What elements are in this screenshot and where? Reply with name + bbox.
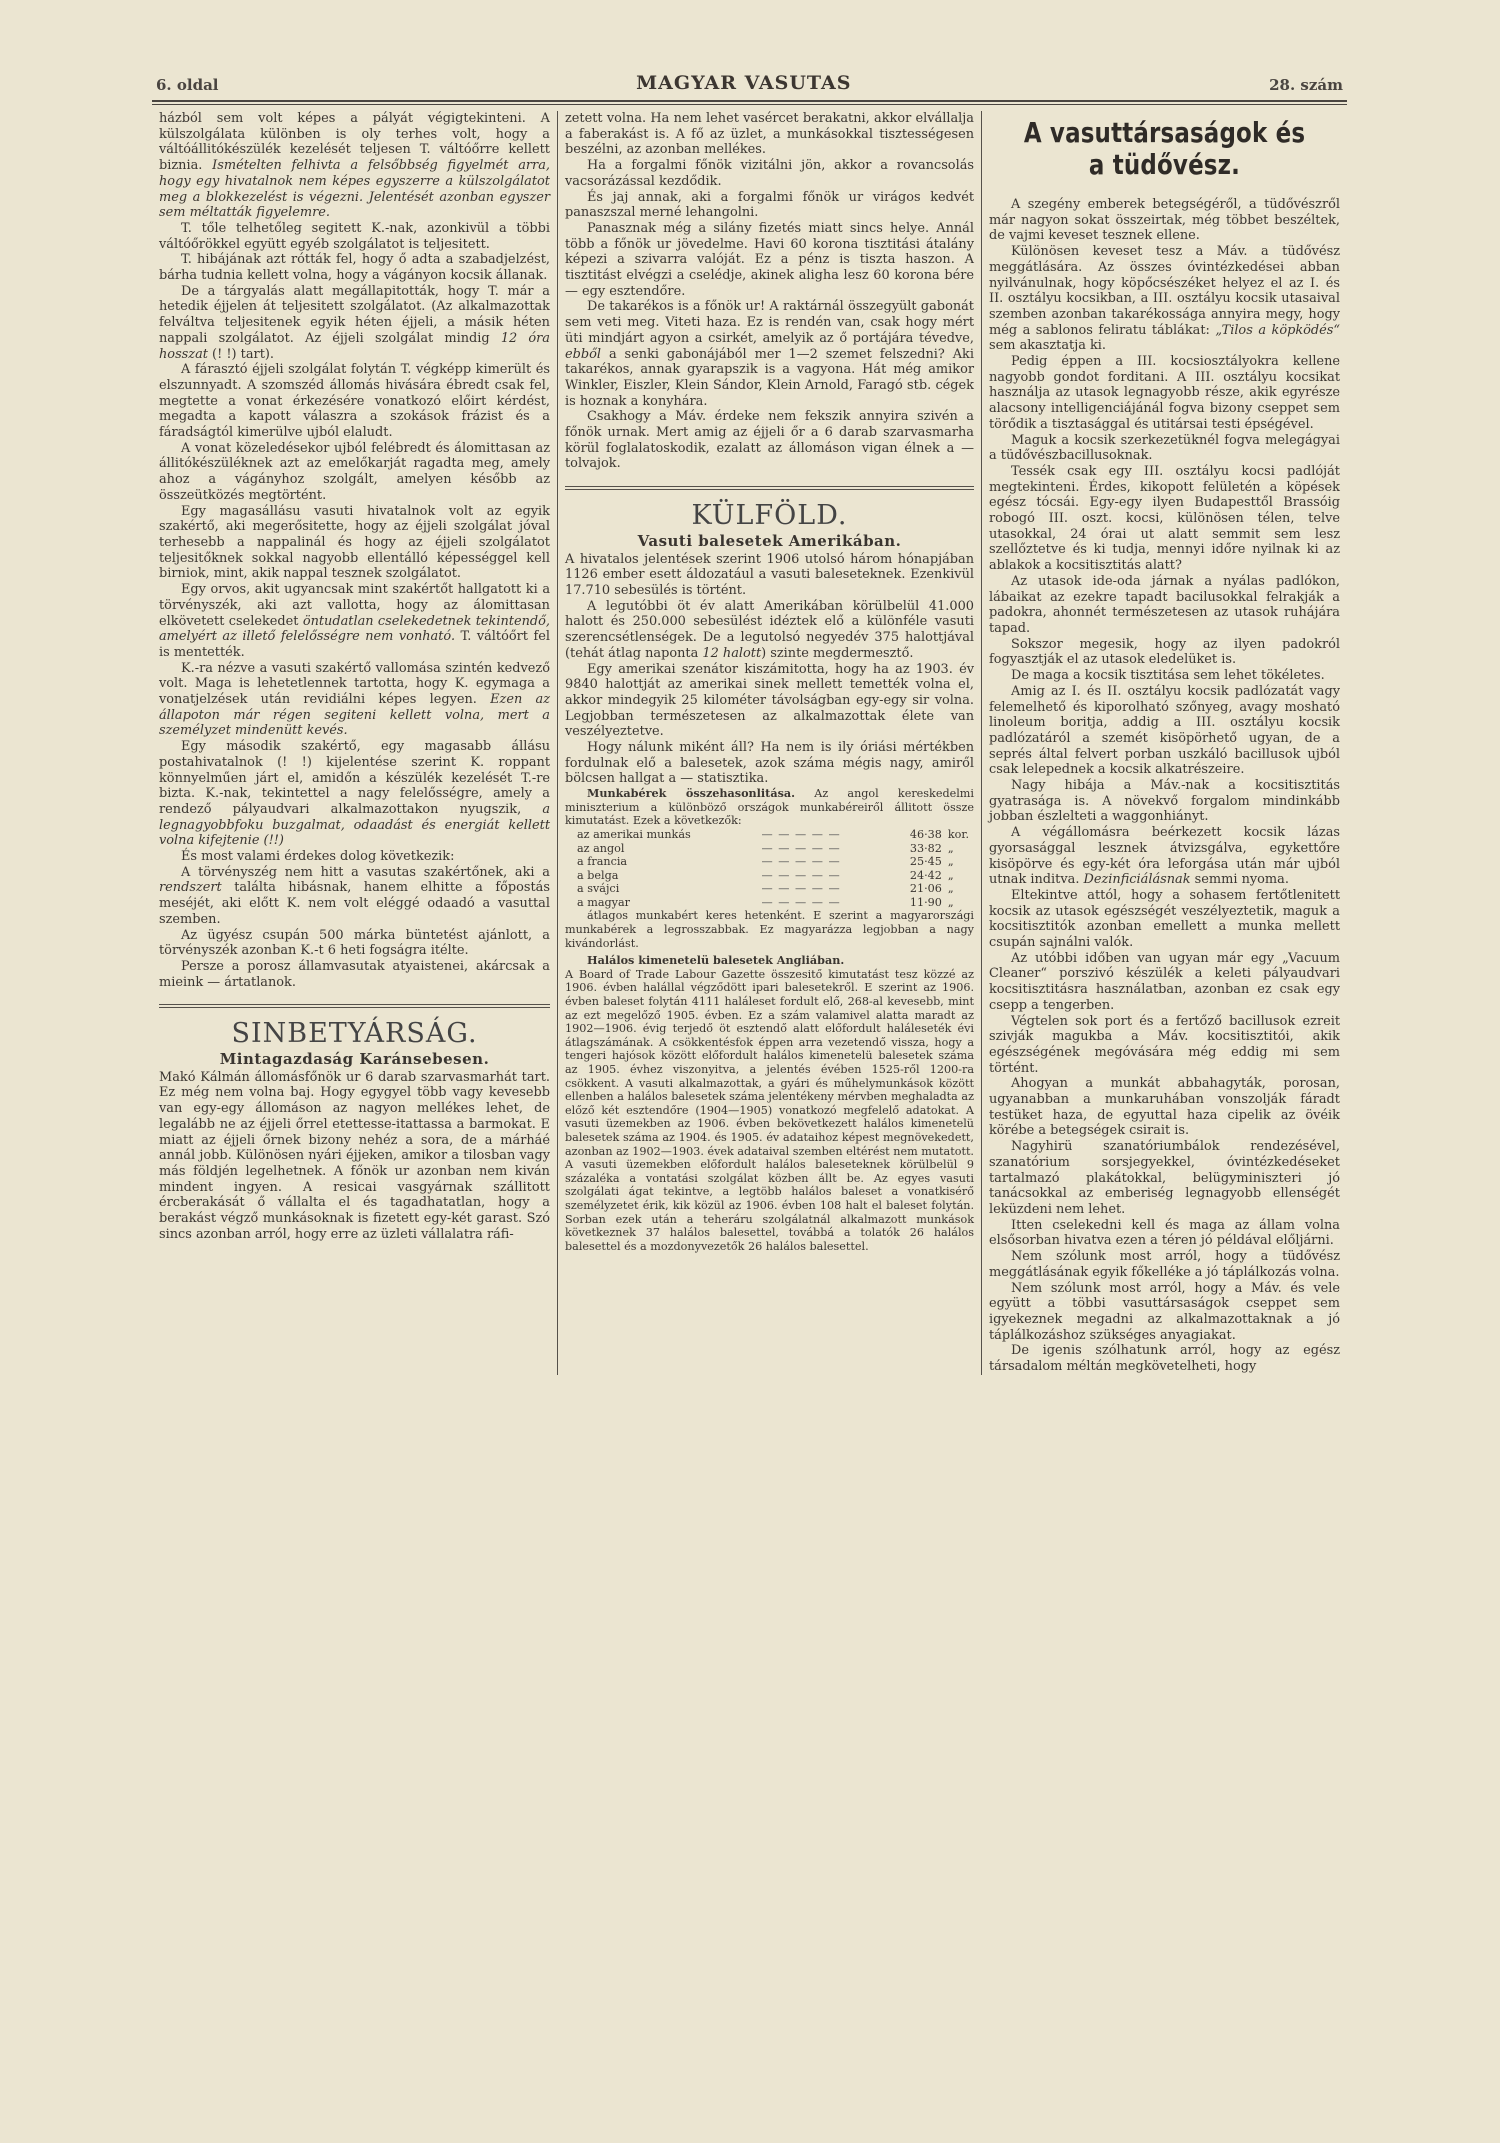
paragraph: De a tárgyalás alatt megállapitották, ho…: [159, 284, 550, 363]
column-1: házból sem volt képes a pályát végigteki…: [152, 111, 557, 1375]
accidents-lead: Halálos kimenetelü balesetek Angliában.: [587, 953, 844, 967]
wage-val: 25·45: [890, 855, 942, 869]
wages-article: Munkabérek összehasonlitása. Az angol ke…: [565, 787, 974, 1253]
paragraph: Egy orvos, akit ugyancsak mint szakértőt…: [159, 582, 550, 661]
wage-row: a magyar— — — — —11·90„: [577, 896, 986, 910]
masthead-rule: [152, 100, 1347, 105]
paragraph: Nem szólunk most arról, hogy a Máv. és v…: [989, 1281, 1340, 1344]
paragraph: Tessék csak egy III. osztályu kocsi padl…: [989, 464, 1340, 574]
section-title-sinbetyarsag: SINBETYÁRSÁG.: [159, 1026, 550, 1042]
wage-label: a magyar: [577, 896, 762, 910]
paragraph: És jaj annak, aki a forgalmi főnök ur vi…: [565, 190, 974, 221]
paragraph: Egy magasállásu vasuti hivatalnok volt a…: [159, 504, 550, 583]
section-divider: [159, 1004, 550, 1008]
masthead: 6. oldal MAGYAR VASUTAS 28. szám: [152, 58, 1347, 94]
column-3: A vasuttársaságok és a tüdővész. A szegé…: [982, 111, 1347, 1375]
wages-outro: átlagos munkabért keres hetenként. E sze…: [565, 909, 974, 950]
wage-dots: — — — — —: [762, 882, 890, 896]
wage-unit: „: [942, 869, 986, 883]
wage-val: 24·42: [890, 869, 942, 883]
article-title-amerika: Vasuti balesetek Amerikában.: [565, 534, 974, 550]
paragraph: Itten cselekedni kell és maga az állam v…: [989, 1218, 1340, 1249]
wage-label: a svájci: [577, 882, 762, 896]
issue-number: 28. szám: [1269, 76, 1343, 94]
paragraph: Különösen keveset tesz a Máv. a tüdővész…: [989, 244, 1340, 354]
column-2: zetett volna. Ha nem lehet vasércet bera…: [557, 111, 982, 1375]
wage-row: a francia— — — — —25·45„: [577, 855, 986, 869]
wage-val: 46·38: [890, 828, 942, 842]
article-mintagazdasag-body: Makó Kálmán állomásfőnök ur 6 darab szar…: [159, 1070, 550, 1243]
paragraph: házból sem volt képes a pályát végigteki…: [159, 111, 550, 221]
paragraph: De maga a kocsik tisztitása sem lehet tö…: [989, 668, 1340, 684]
article-amerika-body: A hivatalos jelentések szerint 1906 utol…: [565, 552, 974, 788]
paragraph: Panasznak még a silány fizetés miatt sin…: [565, 221, 974, 300]
wages-table: az amerikai munkás— — — — —46·38kor.az a…: [577, 828, 986, 910]
paragraph: A törvényszég nem hitt a vasutas szakért…: [159, 865, 550, 928]
paragraph: Sokszor megesik, hogy az ilyen padokról …: [989, 637, 1340, 668]
paragraph: Nagyhirü szanatóriumbálok rendezésével, …: [989, 1139, 1340, 1218]
paragraph: Ahogyan a munkát abbahagyták, porosan, u…: [989, 1076, 1340, 1139]
wage-dots: — — — — —: [762, 828, 890, 842]
wage-val: 21·06: [890, 882, 942, 896]
page-number: 6. oldal: [156, 76, 219, 94]
paragraph: De igenis szólhatunk arról, hogy az egés…: [989, 1343, 1340, 1374]
paragraph: De takarékos is a főnök ur! A raktárnál …: [565, 299, 974, 409]
paragraph: Az utóbbi időben van ugyan már egy „Vacu…: [989, 951, 1340, 1014]
paragraph: A hivatalos jelentések szerint 1906 utol…: [565, 552, 974, 599]
wage-row: az amerikai munkás— — — — —46·38kor.: [577, 828, 986, 842]
wage-unit: „: [942, 896, 986, 910]
wage-dots: — — — — —: [762, 896, 890, 910]
section-title-kulfold: KÜLFÖLD.: [565, 508, 974, 524]
paragraph: A végállomásra beérkezett kocsik lázas g…: [989, 825, 1340, 888]
paragraph: T. tőle telhetőleg segitett K.-nak, azon…: [159, 221, 550, 252]
wage-dots: — — — — —: [762, 842, 890, 856]
wage-label: a belga: [577, 869, 762, 883]
article-title-tudovesz: A vasuttársaságok és a tüdővész.: [1021, 117, 1309, 181]
paragraph: Ha a forgalmi főnök vizitálni jön, akkor…: [565, 158, 974, 189]
paragraph: A fárasztó éjjeli szolgálat folytán T. v…: [159, 362, 550, 441]
paragraph: T. hibájának azt rótták fel, hogy ő adta…: [159, 252, 550, 283]
wage-unit: „: [942, 855, 986, 869]
paragraph: Makó Kálmán állomásfőnök ur 6 darab szar…: [159, 1070, 550, 1243]
article-continuation: házból sem volt képes a pályát végigteki…: [159, 111, 550, 990]
wage-row: a svájci— — — — —21·06„: [577, 882, 986, 896]
wage-label: a francia: [577, 855, 762, 869]
paragraph: A vonat közeledésekor ujból felébredt és…: [159, 441, 550, 504]
article-tudovesz-body: A szegény emberek betegségéről, a tüdővé…: [989, 197, 1340, 1375]
paragraph: Végtelen sok port és a fertőző bacilluso…: [989, 1014, 1340, 1077]
wage-val: 33·82: [890, 842, 942, 856]
wage-val: 11·90: [890, 896, 942, 910]
wage-row: az angol— — — — —33·82„: [577, 842, 986, 856]
paragraph: Egy második szakértő, egy magasabb állás…: [159, 739, 550, 849]
paragraph: Maguk a kocsik szerkezetüknél fogva mele…: [989, 433, 1340, 464]
wage-label: az angol: [577, 842, 762, 856]
paragraph: Csakhogy a Máv. érdeke nem fekszik annyi…: [565, 409, 974, 472]
paragraph: Hogy nálunk miként áll? Ha nem is ily ór…: [565, 740, 974, 787]
paragraph: Nem szólunk most arról, hogy a tüdővész …: [989, 1249, 1340, 1280]
paragraph: Egy amerikai szenátor kiszámitotta, hogy…: [565, 662, 974, 741]
accidents-text: A Board of Trade Labour Gazette összesit…: [565, 968, 974, 1253]
paragraph: K.-ra nézve a vasuti szakértő vallomása …: [159, 661, 550, 740]
wage-unit: „: [942, 882, 986, 896]
paragraph: Nagy hibája a Máv.-nak a kocsitisztitás …: [989, 778, 1340, 825]
paragraph: Persze a porosz államvasutak atyaistenei…: [159, 959, 550, 990]
paragraph: És most valami érdekes dolog következik:: [159, 849, 550, 865]
wage-label: az amerikai munkás: [577, 828, 762, 842]
paragraph: Pedig éppen a III. kocsiosztályokra kell…: [989, 354, 1340, 433]
section-divider: [565, 486, 974, 490]
wage-dots: — — — — —: [762, 855, 890, 869]
newspaper-title: MAGYAR VASUTAS: [636, 72, 851, 94]
paragraph: zetett volna. Ha nem lehet vasércet bera…: [565, 111, 974, 158]
wages-lead: Munkabérek összehasonlitása.: [587, 786, 795, 800]
article-mintagazdasag-continuation: zetett volna. Ha nem lehet vasércet bera…: [565, 111, 974, 472]
wage-unit: kor.: [942, 828, 986, 842]
paragraph: Amig az I. és II. osztályu kocsik padlóz…: [989, 684, 1340, 778]
paragraph: Az utasok ide-oda járnak a nyálas padlók…: [989, 574, 1340, 637]
newspaper-page: 6. oldal MAGYAR VASUTAS 28. szám házból …: [152, 58, 1347, 1375]
wage-dots: — — — — —: [762, 869, 890, 883]
article-title-mintagazdasag: Mintagazdaság Karánsebesen.: [159, 1052, 550, 1068]
paragraph: A legutóbbi öt év alatt Amerikában körül…: [565, 599, 974, 662]
wage-unit: „: [942, 842, 986, 856]
wage-row: a belga— — — — —24·42„: [577, 869, 986, 883]
paragraph: Az ügyész csupán 500 márka büntetést ajá…: [159, 928, 550, 959]
paragraph: A szegény emberek betegségéről, a tüdővé…: [989, 197, 1340, 244]
columns: házból sem volt képes a pályát végigteki…: [152, 111, 1347, 1375]
paragraph: Eltekintve attól, hogy a sohasem fertőtl…: [989, 888, 1340, 951]
